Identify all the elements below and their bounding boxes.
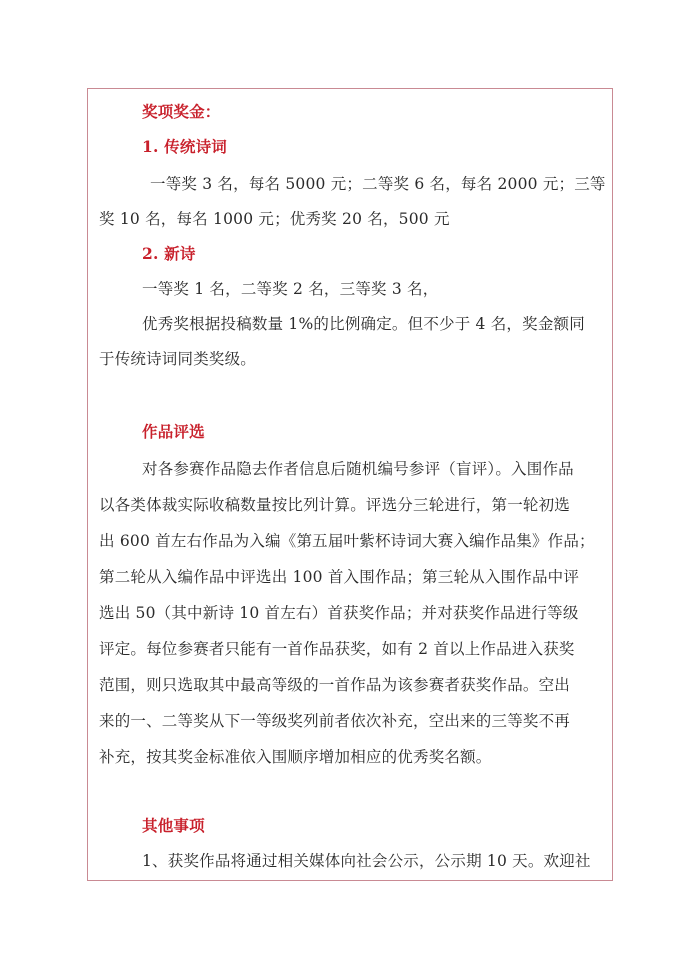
section-title-other: 其他事项 [142, 816, 205, 836]
paragraph-line: 一等奖 3 名，每名 5000 元；二等奖 6 名，每名 2000 元；三等 [150, 174, 606, 194]
paragraph-line: 来的一、二等奖从下一等级奖列前者依次补充，空出来的三等奖不再 [99, 711, 570, 731]
subsection-title-traditional: 1. 传统诗词 [142, 137, 227, 157]
paragraph-line: 选出 50（其中新诗 10 首左右）首获奖作品；并对获奖作品进行等级 [99, 603, 579, 623]
paragraph-line: 奖 10 名，每名 1000 元；优秀奖 20 名，500 元 [99, 209, 450, 229]
paragraph-line: 补充，按其奖金标准依入围顺序增加相应的优秀奖名额。 [99, 747, 492, 767]
paragraph-line: 优秀奖根据投稿数量 1%的比例确定。但不少于 4 名，奖金额同 [142, 314, 585, 334]
paragraph-line: 于传统诗词同类奖级。 [99, 349, 256, 369]
paragraph-line: 以各类体裁实际收稿数量按比列计算。评选分三轮进行，第一轮初选 [99, 495, 570, 515]
subsection-title-modern: 2. 新诗 [142, 244, 196, 264]
section-title-prizes: 奖项奖金： [142, 102, 221, 122]
paragraph-line: 1、获奖作品将通过相关媒体向社会公示，公示期 10 天。欢迎社 [142, 851, 591, 871]
document-frame: 奖项奖金： 1. 传统诗词 一等奖 3 名，每名 5000 元；二等奖 6 名，… [87, 88, 613, 881]
paragraph-line: 出 600 首左右作品为入编《第五届叶紫杯诗词大赛入编作品集》作品； [99, 531, 595, 551]
paragraph-line: 范围，则只选取其中最高等级的一首作品为该参赛者获奖作品。空出 [99, 675, 570, 695]
paragraph-line: 评定。每位参赛者只能有一首作品获奖，如有 2 首以上作品进入获奖 [99, 639, 575, 659]
paragraph-line: 第二轮从入编作品中评选出 100 首入围作品；第三轮从入围作品中评 [99, 567, 579, 587]
paragraph-line: 对各参赛作品隐去作者信息后随机编号参评（盲评）。入围作品 [142, 459, 574, 479]
section-title-evaluation: 作品评选 [142, 422, 205, 442]
paragraph-line: 一等奖 1 名，二等奖 2 名，三等奖 3 名， [142, 279, 438, 299]
